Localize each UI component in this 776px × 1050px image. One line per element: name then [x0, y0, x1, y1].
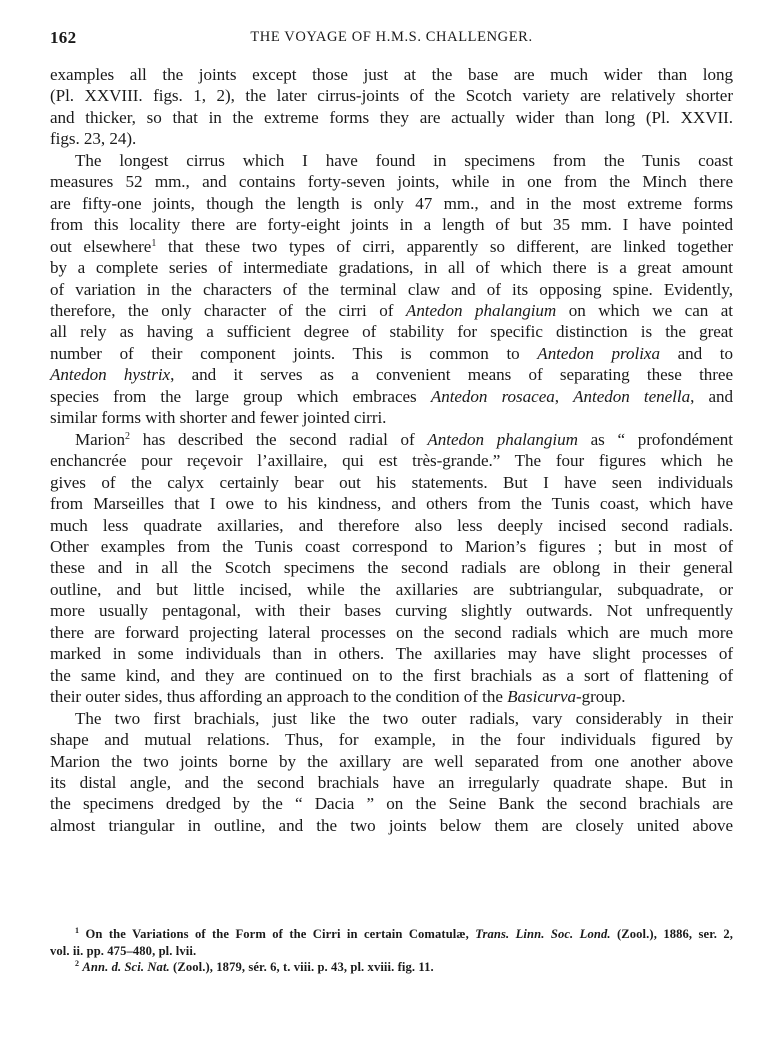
text-line: The longest cirrus which I have found in…	[50, 150, 733, 171]
text-line: are fifty-one joints, though the length …	[50, 193, 733, 214]
text-line: measures 52 mm., and contains forty-seve…	[50, 171, 733, 192]
group-name: Basicurva	[507, 687, 576, 706]
text-line: The two first brachials, just like the t…	[50, 708, 733, 729]
body-text: examples all the joints except those jus…	[50, 64, 733, 836]
text-line: gives of the calyx certainly bear out hi…	[50, 472, 733, 493]
text-line: its distal angle, and the second brachia…	[50, 772, 733, 793]
text-line: therefore, the only character of the cir…	[50, 300, 733, 321]
text-line: and thicker, so that in the extreme form…	[50, 107, 733, 128]
text-line: the specimens dredged by the “ Dacia ” o…	[50, 793, 733, 814]
running-header: 162 THE VOYAGE OF H.M.S. CHALLENGER.	[50, 28, 733, 50]
text-line: examples all the joints except those jus…	[50, 64, 733, 85]
text-line: these and in all the Scotch specimens th…	[50, 557, 733, 578]
text-line: by a complete series of intermediate gra…	[50, 257, 733, 278]
text-line: from this locality there are forty-eight…	[50, 214, 733, 235]
text-line: almost triangular in outline, and the tw…	[50, 815, 733, 836]
footnotes: 1 On the Variations of the Form of the C…	[50, 926, 733, 976]
text-line: of variation in the characters of the te…	[50, 279, 733, 300]
text-line: much less quadrate axillaries, and there…	[50, 515, 733, 536]
footnote-1-cont: vol. ii. pp. 475–480, pl. lvii.	[50, 943, 733, 960]
text-line: their outer sides, thus affording an app…	[50, 686, 733, 707]
text-line: the same kind, and they are continued on…	[50, 665, 733, 686]
text-line: from Marseilles that I owe to his kindne…	[50, 493, 733, 514]
species-name: Antedon phalangium	[427, 430, 578, 449]
text-line: shape and mutual relations. Thus, for ex…	[50, 729, 733, 750]
footnote-marker: 1	[75, 926, 79, 935]
text-line: number of their component joints. This i…	[50, 343, 733, 364]
species-name: Antedon prolixa	[537, 344, 660, 363]
text-line: more usually pentagonal, with their base…	[50, 600, 733, 621]
species-name: Antedon hystrix	[50, 365, 170, 384]
text-line: outline, and but little incised, while t…	[50, 579, 733, 600]
text-line: similar forms with shorter and fewer joi…	[50, 407, 733, 428]
text-line: all rely as having a sufficient degree o…	[50, 321, 733, 342]
text-line: Marion2 has described the second radial …	[50, 429, 733, 450]
text-line: enchancrée pour reçevoir l’axillaire, qu…	[50, 450, 733, 471]
text-line: Marion the two joints borne by the axill…	[50, 751, 733, 772]
species-name: Antedon tenella	[573, 387, 690, 406]
text-line: figs. 23, 24).	[50, 128, 733, 149]
text-line: Antedon hystrix, and it serves as a conv…	[50, 364, 733, 385]
running-title: THE VOYAGE OF H.M.S. CHALLENGER.	[50, 29, 733, 46]
footnote-1: 1 On the Variations of the Form of the C…	[50, 926, 733, 943]
text-line: species from the large group which embra…	[50, 386, 733, 407]
text-line: out elsewhere1 that these two types of c…	[50, 236, 733, 257]
species-name: Antedon rosacea	[431, 387, 555, 406]
footnote-marker: 2	[75, 959, 79, 968]
text-line: there are forward projecting lateral pro…	[50, 622, 733, 643]
text-line: Other examples from the Tunis coast corr…	[50, 536, 733, 557]
species-name: Antedon phalangium	[406, 301, 556, 320]
text-line: (Pl. XXVIII. figs. 1, 2), the later cirr…	[50, 85, 733, 106]
footnote-2: 2 Ann. d. Sci. Nat. (Zool.), 1879, sér. …	[50, 959, 733, 976]
text-line: marked in some individuals than in other…	[50, 643, 733, 664]
